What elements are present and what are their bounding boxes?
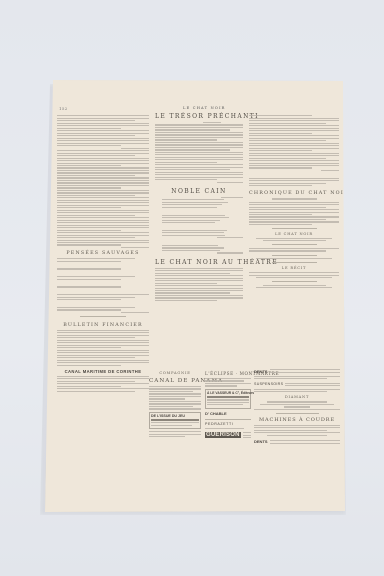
section-title: LE RÉCIT xyxy=(249,266,339,270)
section-title: LE CHAT NOIR AU THÉATRE xyxy=(155,259,243,266)
column-1: PENSÉES SAUVAGES BULLETIN FINANCIER CANA… xyxy=(57,114,149,393)
canal-panama-block: COMPAGNIE CANAL DE PANAMA DE L'ISSUE DU … xyxy=(149,368,201,439)
text-block xyxy=(57,115,149,248)
ad-title: SUSPENSOIRS xyxy=(254,382,283,386)
ad-box: DE L'ISSUE DU JEU xyxy=(149,412,201,430)
ad-box: À LE VASSEUR & C°, Éditeurs xyxy=(205,389,251,409)
ad-box: DENTS xyxy=(254,368,340,374)
ad-title: DE L'ISSUE DU JEU xyxy=(151,414,199,418)
ad-title: DENTS xyxy=(254,369,268,374)
text-block xyxy=(57,258,149,313)
ad-box: DENTS xyxy=(254,439,340,445)
ad-title: DIAMANT xyxy=(254,395,340,399)
text-block xyxy=(249,115,339,186)
section-title: PENSÉES SAUVAGES xyxy=(57,251,149,256)
ad-title: DENTS xyxy=(254,439,268,444)
newspaper-page: 152 LE CHAT NOIR PENSÉES SAUVAGES xyxy=(45,80,345,512)
divider xyxy=(80,316,126,317)
column-2: LE TRÉSOR PRÉCHANTI NOBLE CAIN LE CHAT N… xyxy=(155,110,243,302)
ads-right: DENTS SUSPENSOIRS DIAMANT MACHINES À COU… xyxy=(254,368,340,445)
section-title: LE TRÉSOR PRÉCHANTI xyxy=(155,113,243,120)
section-title: CANAL MARITIME DE CORINTHE xyxy=(57,369,149,374)
ads-middle: L'ÉCLIPSE · MONTMARTRE À LE VASSEUR & C°… xyxy=(205,368,251,440)
section-title: NOBLE CAIN xyxy=(155,188,243,195)
section-kicker: COMPAGNIE xyxy=(149,371,201,375)
ad-title: D' CHABLE xyxy=(205,411,251,416)
ad-title: GUÉRISON xyxy=(205,432,241,438)
section-title: CANAL DE PANAMA xyxy=(149,378,201,384)
section-title: CHRONIQUE DU CHAT NOIR xyxy=(249,191,339,196)
text-block xyxy=(155,268,243,301)
section-title: LE CHAT NOIR xyxy=(249,232,339,236)
column-3: CHRONIQUE DU CHAT NOIR LE CHAT NOIR LE R… xyxy=(249,114,339,290)
section-title: BULLETIN FINANCIER xyxy=(57,323,149,328)
text-block xyxy=(57,376,149,392)
text-block xyxy=(249,202,339,226)
ad-title: L'ÉCLIPSE · MONTMARTRE xyxy=(205,371,251,376)
text-block xyxy=(57,330,149,366)
ad-title: À LE VASSEUR & C°, Éditeurs xyxy=(207,391,249,395)
ad-title: MACHINES À COUDRE xyxy=(254,417,340,423)
ad-box: SUSPENSOIRS xyxy=(254,381,340,387)
poem-block xyxy=(155,199,243,253)
text-block xyxy=(155,124,243,182)
page-number: 152 xyxy=(59,106,68,111)
ad-title: PEDRAZETTI xyxy=(205,422,251,426)
